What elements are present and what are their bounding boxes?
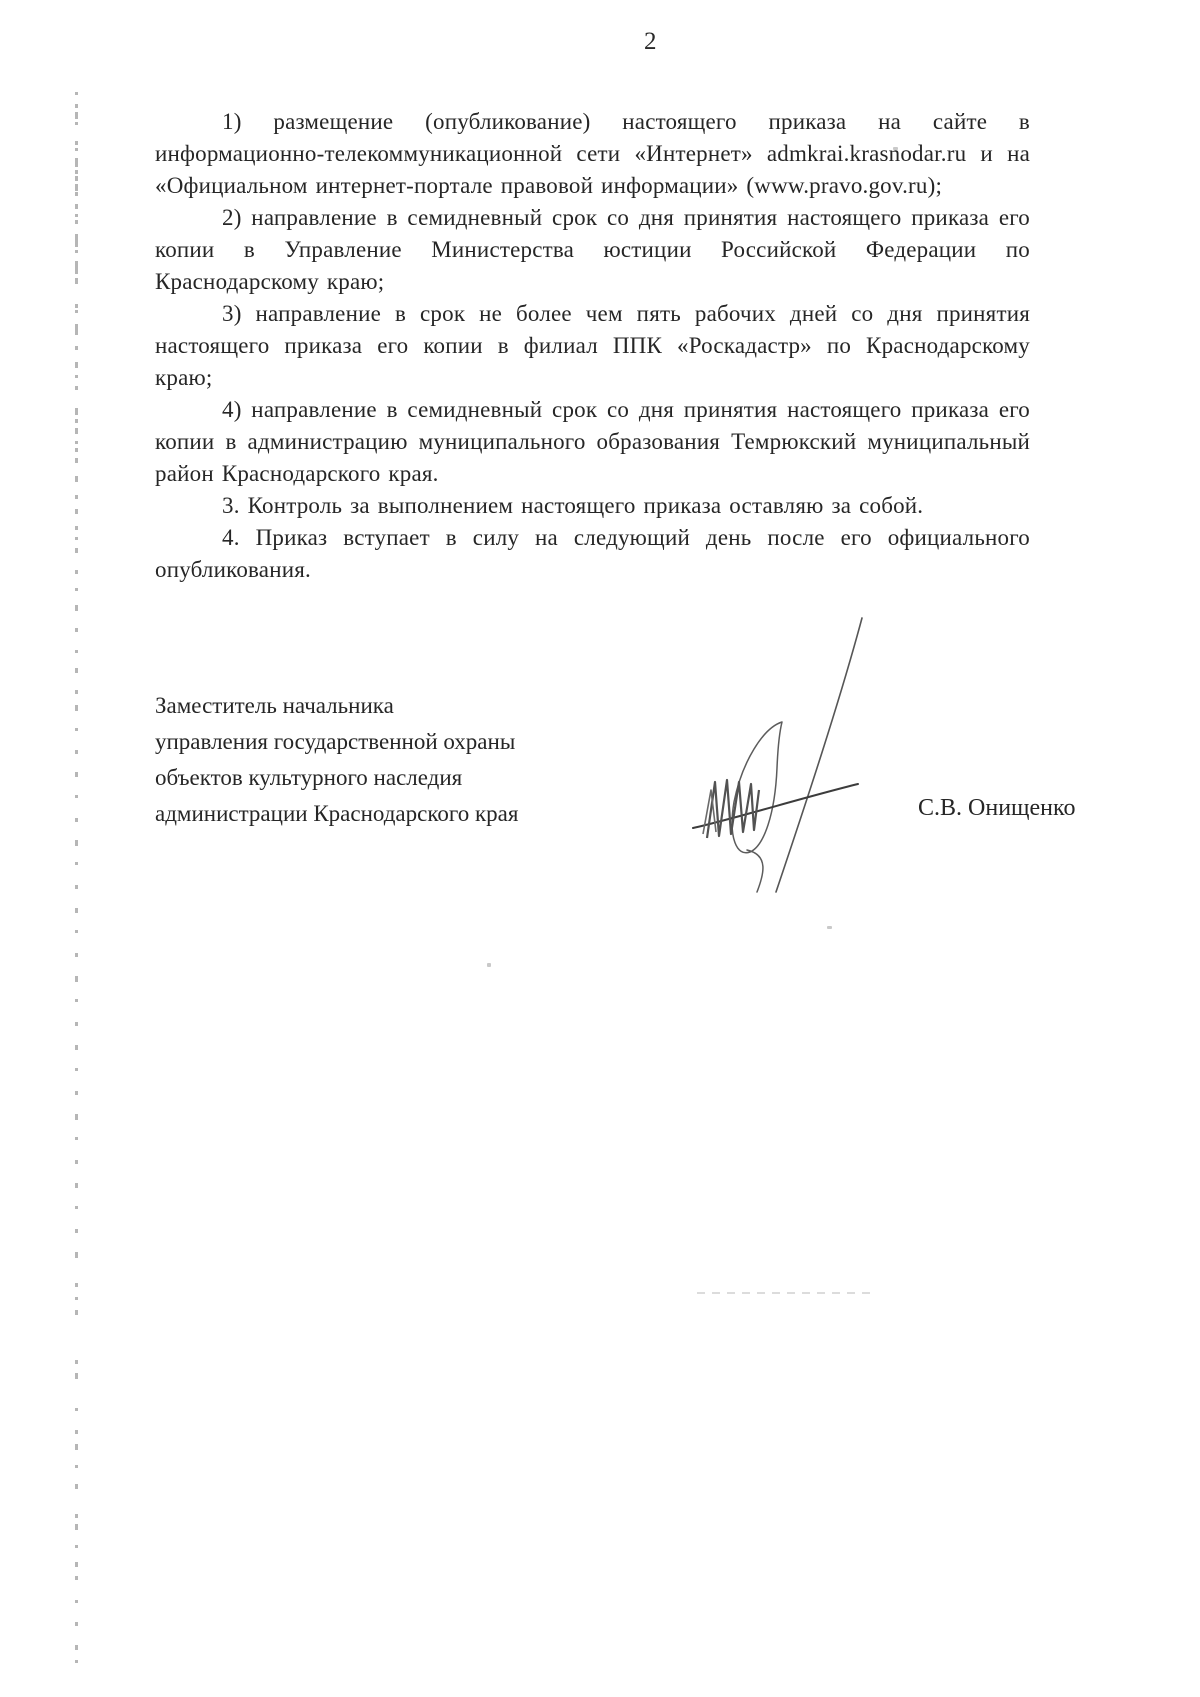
scan-edge-mark [75, 220, 78, 224]
scan-edge-mark [75, 818, 78, 822]
scan-edge-mark [75, 1645, 78, 1650]
scan-edge-mark [75, 176, 78, 181]
scan-edge-mark [75, 278, 78, 284]
scan-edge-mark [75, 1660, 78, 1663]
scan-edge-mark [75, 240, 78, 247]
scan-edge-mark [75, 266, 78, 274]
scan-edge-mark [75, 840, 78, 846]
scan-edge-mark [75, 1373, 78, 1379]
scan-dash [772, 1292, 780, 1294]
scan-edge-mark [75, 930, 78, 933]
scan-edge-mark [75, 588, 78, 591]
scan-edge-mark [75, 346, 78, 350]
paragraph-2: 2) направление в семидневный срок со дня… [155, 202, 1030, 298]
scan-dash [817, 1292, 825, 1294]
scan-speck [827, 926, 832, 929]
signatory-name: С.В. Онищенко [918, 795, 1075, 822]
scan-edge-mark [75, 304, 78, 308]
scan-dash [757, 1292, 765, 1294]
scan-edge-mark [75, 441, 78, 444]
scan-edge-mark [75, 204, 78, 209]
scan-edge-mark [75, 1045, 78, 1050]
scan-edge-mark [75, 1562, 78, 1567]
scan-speck [487, 963, 491, 967]
scan-edge-mark [75, 953, 78, 957]
scan-edge-mark [75, 1229, 78, 1233]
scan-edge-mark [75, 668, 78, 673]
scan-edge-mark [75, 408, 78, 415]
signoff-position-line-3: объектов культурного наследия [155, 760, 635, 796]
scan-edge-mark [75, 537, 78, 540]
scan-edge-mark [75, 1114, 78, 1120]
scan-edge-mark [75, 250, 78, 253]
scan-edge-mark [75, 526, 78, 530]
paragraph-4: 4) направление в семидневный срок со дня… [155, 394, 1030, 490]
scan-edge-mark [75, 862, 78, 865]
handwritten-signature-icon [655, 600, 885, 900]
scan-edge-mark [75, 1183, 78, 1188]
paragraph-3: 3) направление в срок не более чем пять … [155, 298, 1030, 394]
signoff-position-line-2: управления государственной охраны [155, 724, 635, 760]
scan-edge-mark [75, 1484, 78, 1489]
scan-dash [862, 1292, 870, 1294]
signoff-position-line-1: Заместитель начальника [155, 688, 635, 724]
scan-edge-mark [75, 362, 78, 368]
scan-edge-mark [75, 1622, 78, 1626]
scan-edge-mark [75, 1430, 78, 1434]
scan-edge-mark [75, 1514, 78, 1518]
scan-edge-mark [75, 184, 78, 191]
scan-edge-mark [75, 772, 78, 777]
scan-dash [727, 1292, 735, 1294]
scan-edge-mark [75, 1160, 78, 1164]
scan-edge-mark [75, 509, 78, 514]
scan-edge-mark [75, 310, 78, 313]
scan-edge-mark [75, 192, 78, 196]
scan-edge-mark [75, 1545, 78, 1548]
document-page: 2 1) размещение (опубликование) настояще… [0, 0, 1200, 1697]
scan-edge-mark [75, 448, 78, 452]
scan-edge-mark [75, 1283, 78, 1287]
scan-edge-mark [75, 885, 78, 889]
scan-edge-mark [75, 750, 78, 754]
scan-edge-mark [75, 1600, 78, 1603]
scan-edge-mark [75, 112, 78, 119]
scan-edge-mark [75, 141, 78, 145]
document-body: 1) размещение (опубликование) настоящего… [155, 106, 1030, 586]
scan-edge-mark [75, 1022, 78, 1026]
scan-edge-mark [75, 375, 78, 378]
scan-edge-mark [75, 1091, 78, 1095]
scan-edge-mark [75, 1408, 78, 1411]
scan-edge-mark [75, 908, 78, 913]
scan-dash [697, 1292, 705, 1294]
scan-edge-mark [75, 728, 78, 731]
scan-edge-mark [75, 1068, 78, 1071]
scan-edge-mark [75, 1465, 78, 1468]
scan-edge-mark [75, 1524, 78, 1530]
scan-edge-mark [75, 476, 78, 482]
page-number: 2 [644, 28, 657, 56]
paragraph-5: 3. Контроль за выполнением настоящего пр… [155, 490, 1030, 522]
scan-edge-mark [75, 628, 78, 632]
scan-edge-mark [75, 1576, 78, 1580]
scan-dash [742, 1292, 750, 1294]
scan-edge-mark [75, 214, 78, 217]
scan-edge-mark [75, 104, 78, 108]
scan-edge-mark [75, 999, 78, 1002]
scan-edge-mark [75, 570, 78, 574]
scan-edge-mark [75, 650, 78, 653]
scan-dash [712, 1292, 720, 1294]
scan-dash [847, 1292, 855, 1294]
signoff-position-line-4: администрации Краснодарского края [155, 796, 635, 832]
scan-edge-mark [75, 1137, 78, 1140]
scan-edge-mark [75, 419, 78, 423]
paragraph-6: 4. Приказ вступает в силу на следующий д… [155, 522, 1030, 586]
scan-edge-mark [75, 92, 78, 95]
scan-edge-mark [75, 1444, 78, 1450]
scan-edge-mark [75, 1252, 78, 1258]
scan-edge-mark [75, 495, 78, 499]
scan-dash [802, 1292, 810, 1294]
scan-edge-mark [75, 386, 78, 390]
scan-edge-mark [75, 1297, 78, 1300]
scan-edge-mark [75, 330, 78, 335]
scan-edge-mark [75, 428, 78, 434]
signoff-block: Заместитель начальника управления госуда… [155, 688, 635, 832]
scan-edge-mark [75, 548, 78, 553]
scan-edge-mark [75, 164, 78, 167]
scan-edge-mark [75, 1310, 78, 1315]
scan-edge-mark [75, 170, 78, 174]
scan-edge-mark [75, 690, 78, 694]
scan-edge-mark [75, 705, 78, 711]
scan-edge-mark [75, 1206, 78, 1209]
scan-edge-mark [75, 795, 78, 798]
scan-edge-mark [75, 976, 78, 982]
paragraph-1: 1) размещение (опубликование) настоящего… [155, 106, 1030, 202]
scan-dash [832, 1292, 840, 1294]
scan-dash [787, 1292, 795, 1294]
scan-edge-mark [75, 605, 78, 611]
scan-edge-mark [75, 458, 78, 463]
scan-edge-mark [75, 122, 78, 125]
scan-edge-mark [75, 148, 78, 151]
scan-edge-mark [75, 1360, 78, 1364]
